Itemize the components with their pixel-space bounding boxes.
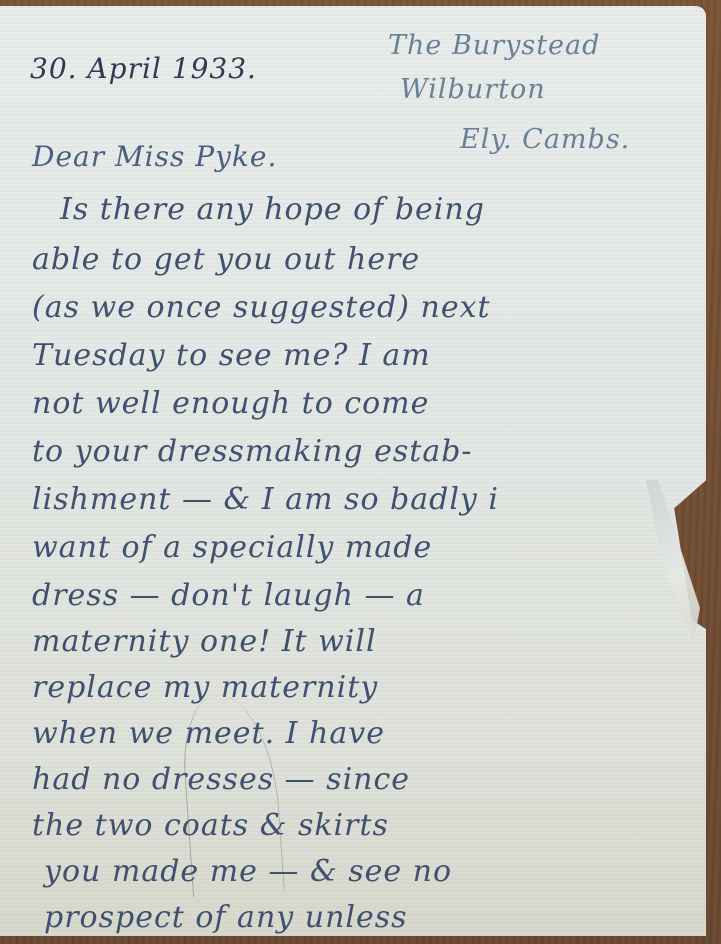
address-line-3: Ely. Cambs. [460, 124, 630, 155]
address-line-1: The Burystead [388, 30, 600, 61]
body-line: to your dressmaking estab- [32, 434, 473, 469]
letter-paper: 30. April 1933. The Burystead Wilburton … [0, 6, 706, 936]
body-line: lishment — & I am so badly i [32, 482, 499, 517]
body-line: maternity one! It will [32, 624, 377, 659]
body-line: dress — don't laugh — a [32, 578, 425, 613]
body-line: not well enough to come [32, 386, 429, 421]
address-line-2: Wilburton [400, 74, 546, 105]
body-line: prospect of any unless [44, 900, 408, 935]
body-line: Tuesday to see me? I am [32, 338, 431, 373]
letter-date: 30. April 1933. [30, 52, 257, 85]
body-line: (as we once suggested) next [32, 290, 491, 325]
body-line: Is there any hope of being [60, 192, 485, 227]
body-line: want of a specially made [32, 530, 432, 565]
body-line: able to get you out here [32, 242, 420, 277]
salutation: Dear Miss Pyke. [32, 140, 277, 173]
